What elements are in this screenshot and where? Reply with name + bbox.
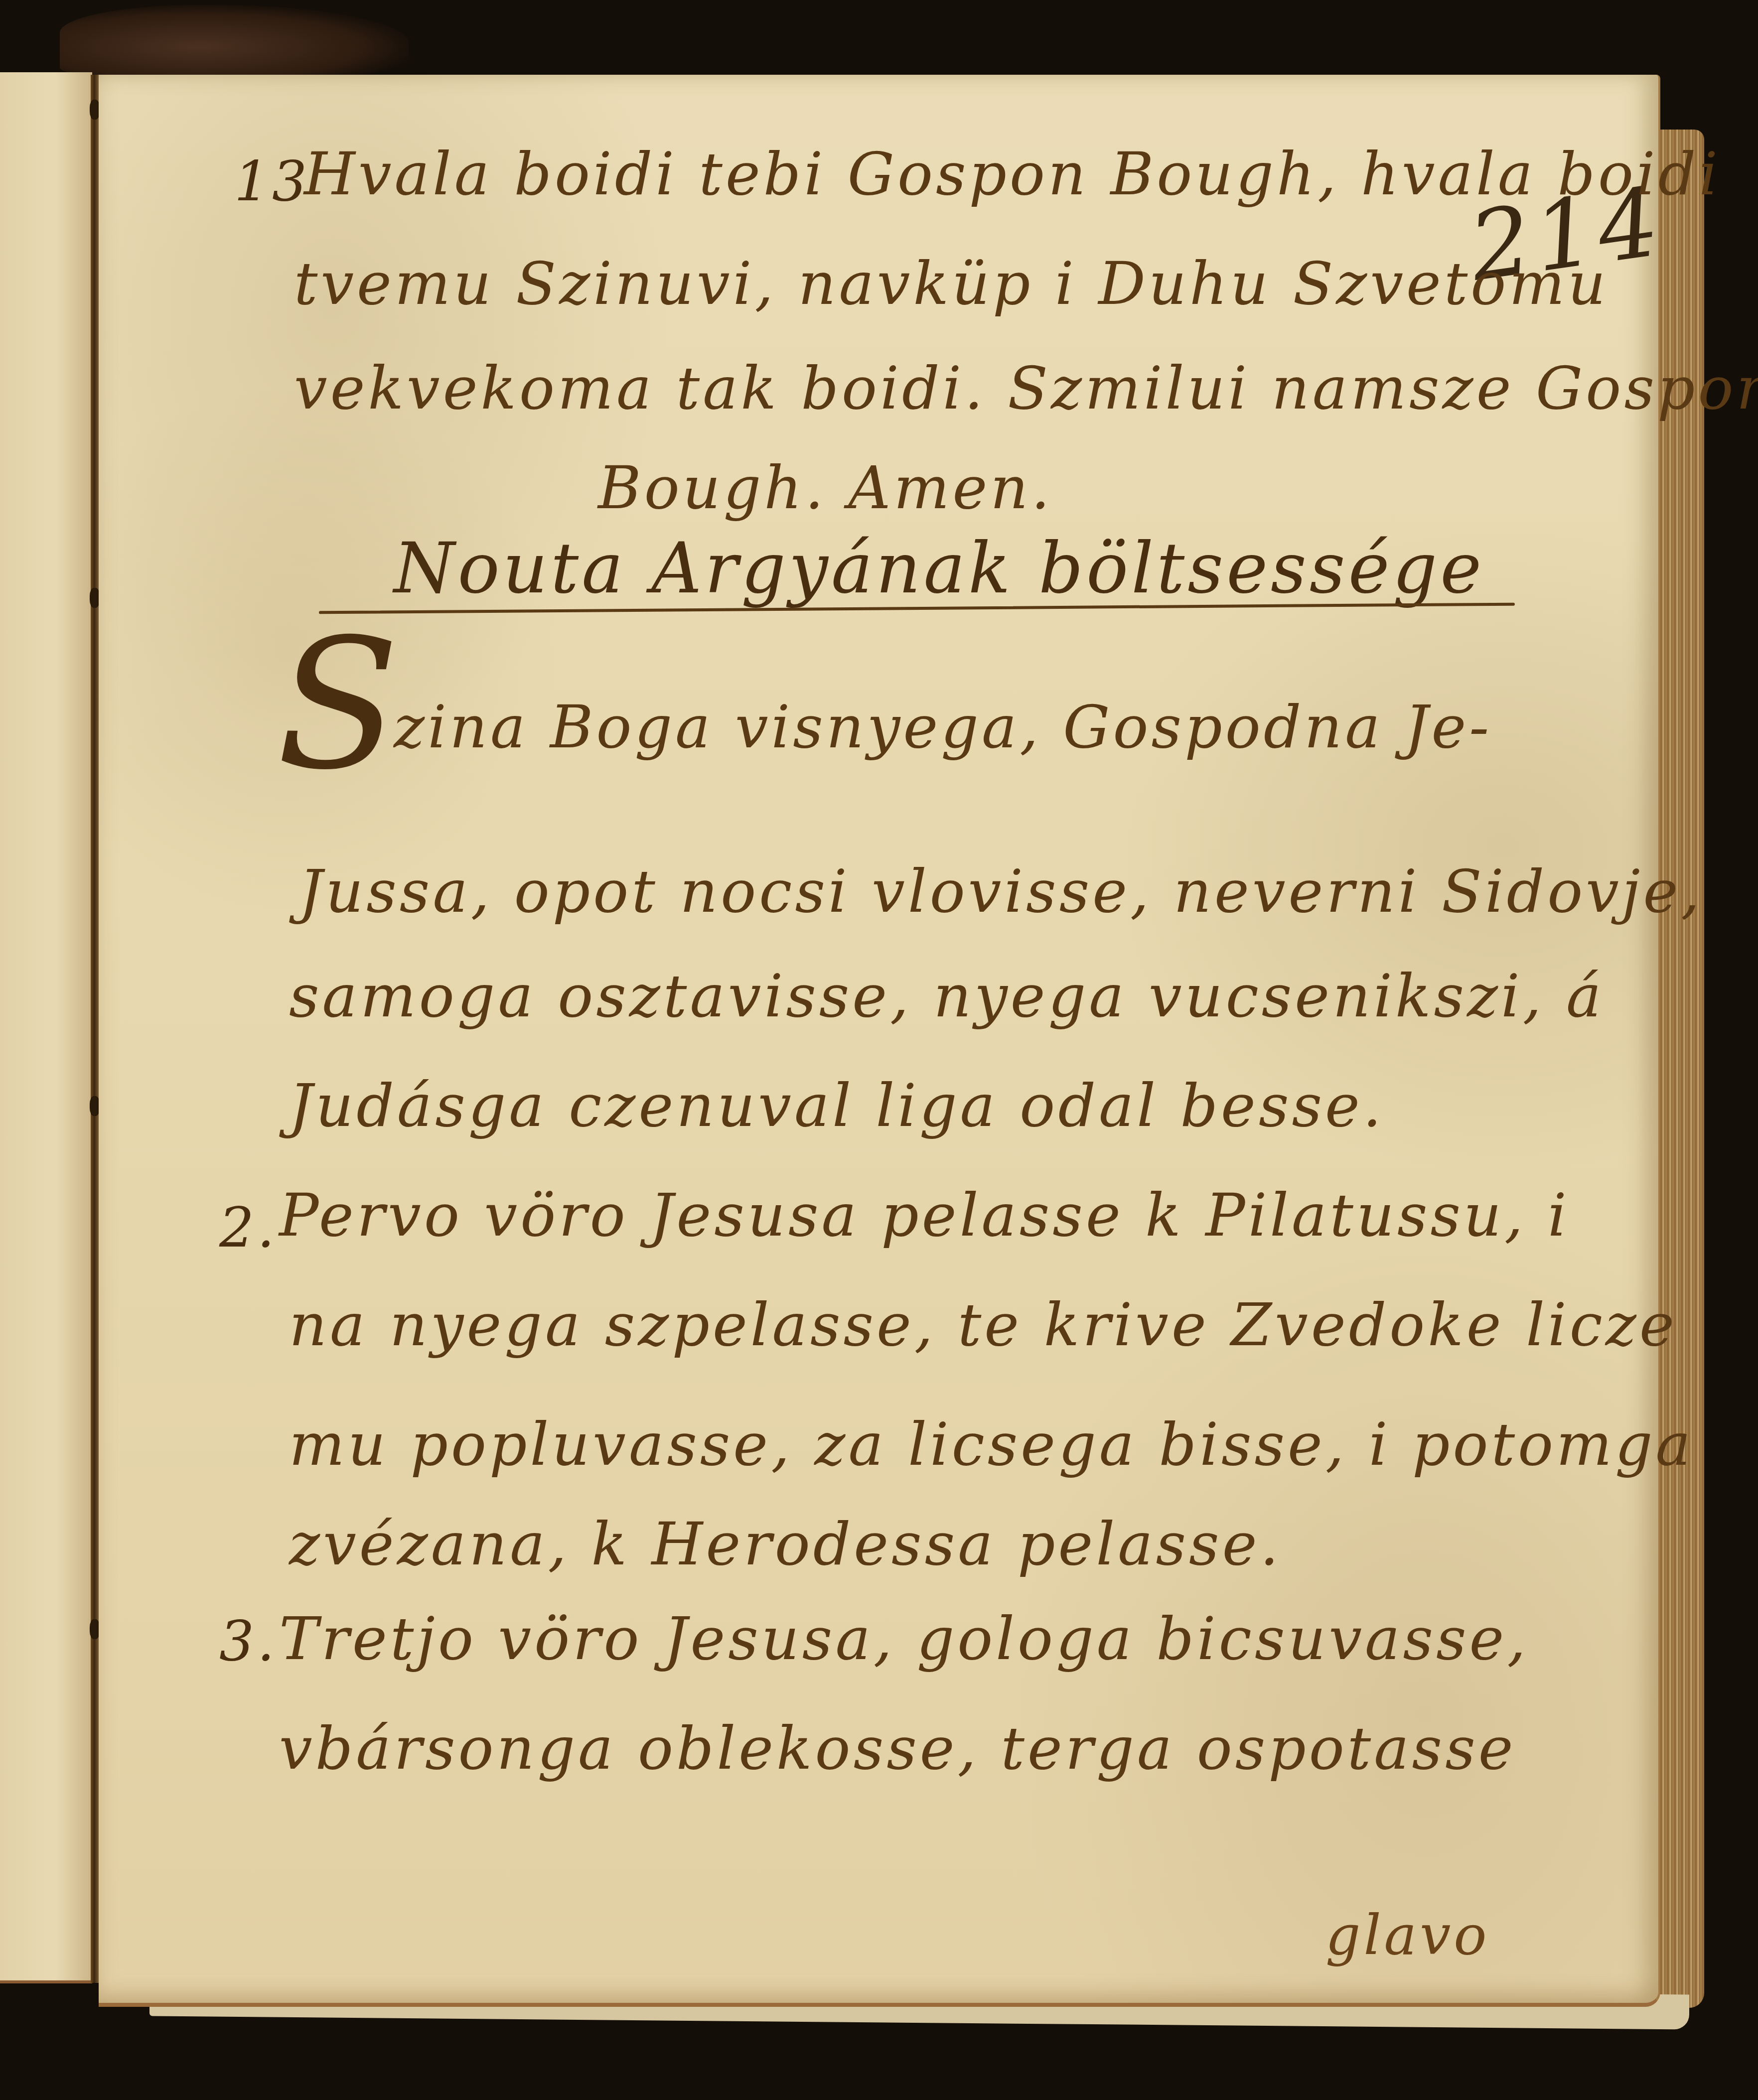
binding-fragment bbox=[60, 5, 409, 75]
left-page-edge bbox=[0, 72, 92, 1983]
stanza-2-line-2: na nyega szpelasse, te krive Zvedoke lic… bbox=[289, 1295, 1677, 1354]
stanza-2-line-4: zvézana, k Herodessa pelasse. bbox=[289, 1515, 1282, 1573]
stanza-1-line-2: Jussa, opot nocsi vlovisse, neverni Sido… bbox=[299, 862, 1703, 921]
song-heading: Nouta Argyának böltsessége bbox=[394, 528, 1484, 609]
stanza-1-line-1: zina Boga visnyega, Gospodna Je- bbox=[394, 698, 1492, 756]
binding-stitch bbox=[90, 100, 100, 120]
stanza-1-line-4: Judásga czenuval liga odal besse. bbox=[289, 1076, 1384, 1135]
binding-stitch bbox=[90, 1619, 100, 1639]
stanza-2-line-1: Pervo vöro Jesusa pelasse k Pilatussu, i bbox=[279, 1186, 1570, 1245]
stanza-13-line-2: tvemu Szinuvi, navküp i Duhu Szvetomu bbox=[294, 254, 1609, 313]
stanza-2-line-3: mu popluvasse, za licsega bisse, i potom… bbox=[289, 1415, 1694, 1474]
decorated-initial: S bbox=[277, 615, 400, 795]
binding-stitch bbox=[90, 588, 100, 608]
stanza-13-line-4: Bough. Amen. bbox=[598, 458, 1053, 517]
catchword: glavo bbox=[1325, 1903, 1490, 1967]
stanza-13-line-1: Hvala boidi tebi Gospon Bough, hvala boi… bbox=[304, 144, 1721, 203]
stanza-number: 3. bbox=[219, 1609, 278, 1673]
stanza-1-line-3: samoga osztavisse, nyega vucsenikszi, á bbox=[289, 967, 1604, 1025]
stanza-13-line-3: vekvekoma tak boidi. Szmilui namsze Gosp… bbox=[294, 359, 1758, 418]
stanza-3-line-2: vbársonga oblekosse, terga ospotasse bbox=[279, 1719, 1516, 1778]
binding-stitch bbox=[90, 1096, 100, 1116]
book-gutter bbox=[91, 75, 99, 1983]
stanza-number: 2. bbox=[219, 1196, 278, 1260]
stanza-3-line-1: Tretjo vöro Jesusa, gologa bicsuvasse, bbox=[279, 1609, 1529, 1668]
stanza-number: 13 bbox=[234, 149, 310, 213]
